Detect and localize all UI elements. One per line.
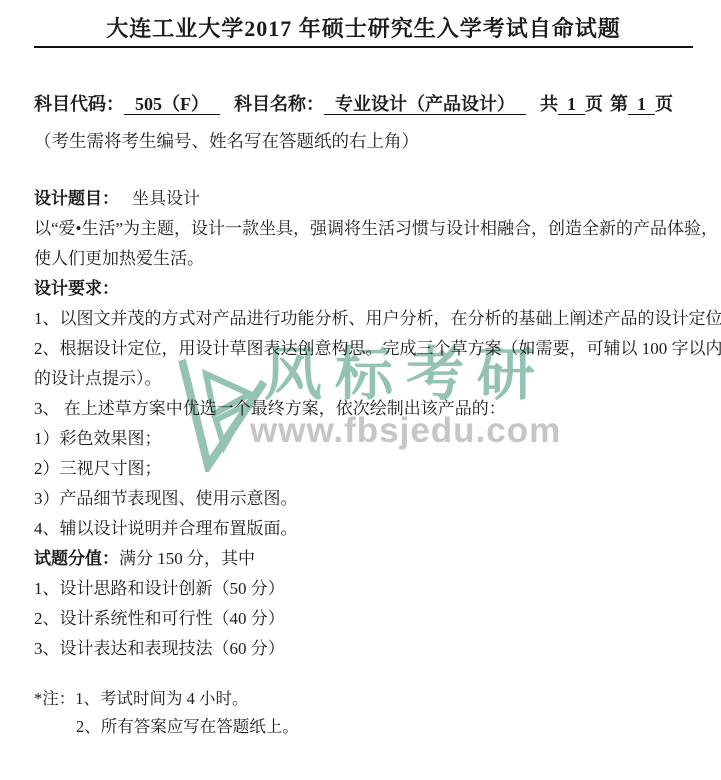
requirement-4: 4、辅以设计说明并合理布置版面。: [34, 514, 693, 544]
exam-paper-page: 风标考研 www.fbsjedu.com 大连工业大学2017 年硕士研究生入学…: [0, 0, 721, 780]
footnote-label: *注：: [34, 689, 75, 708]
requirement-3-sub-2: 2）三视尺寸图；: [34, 454, 693, 484]
requirement-1: 1、以图文并茂的方式对产品进行功能分析、用户分析，在分析的基础上阐述产品的设计定…: [34, 304, 693, 334]
page-title: 大连工业大学2017 年硕士研究生入学考试自命试题: [34, 14, 693, 44]
score-intro: 满分 150 分，其中: [119, 549, 255, 568]
footnote-line-2: 2、所有答案应写在答题纸上。: [34, 713, 693, 741]
score-line: 试题分值：满分 150 分，其中: [34, 544, 693, 574]
subject-info-line: 科目代码：505（F）科目名称：专业设计（产品设计）共1页第1页: [34, 92, 693, 117]
current-page-value: 1: [628, 94, 655, 115]
score-item-2: 2、设计系统性和可行性（40 分）: [34, 604, 693, 634]
intro-line-1: 以“爱•生活”为主题，设计一款坐具，强调将生活习惯与设计相融合，创造全新的产品体…: [34, 214, 693, 244]
candidate-instruction: （考生需将考生编号、姓名写在答题纸的右上角）: [34, 129, 693, 154]
document-content: 大连工业大学2017 年硕士研究生入学考试自命试题 科目代码：505（F）科目名…: [0, 14, 721, 741]
score-item-3: 3、设计表达和表现技法（60 分）: [34, 634, 693, 664]
requirement-2-line-2: 的设计点提示）。: [34, 364, 693, 394]
design-topic-label: 设计题目：: [34, 189, 119, 208]
intro-line-2: 使人们更加热爱生活。: [34, 244, 693, 274]
total-pages-value: 1: [558, 94, 585, 115]
requirements-label: 设计要求：: [34, 274, 693, 304]
footnote-line-1: *注：1、考试时间为 4 小时。: [34, 685, 693, 713]
score-item-1: 1、设计思路和设计创新（50 分）: [34, 574, 693, 604]
subject-name-value: 专业设计（产品设计）: [324, 94, 526, 115]
title-divider: [34, 46, 693, 48]
requirement-3-sub-3: 3）产品细节表现图、使用示意图。: [34, 484, 693, 514]
subject-code-value: 505（F）: [124, 94, 220, 115]
design-topic-text: 坐具设计: [132, 189, 200, 208]
exam-body: 设计题目：坐具设计 以“爱•生活”为主题，设计一款坐具，强调将生活习惯与设计相融…: [34, 184, 693, 664]
footnote: *注：1、考试时间为 4 小时。 2、所有答案应写在答题纸上。: [34, 685, 693, 741]
subject-name-label: 科目名称：: [234, 94, 324, 114]
requirement-2-line-1: 2、根据设计定位，用设计草图表达创意构思。完成三个草方案（如需要，可辅以 100…: [34, 334, 693, 364]
score-label: 试题分值：: [34, 549, 119, 568]
current-page-suffix: 页: [655, 94, 673, 114]
current-page-prefix: 第: [610, 94, 628, 114]
requirement-3: 3、 在上述草方案中优选一个最终方案，依次绘制出该产品的：: [34, 394, 693, 424]
footnote-text-1: 1、考试时间为 4 小时。: [75, 689, 248, 708]
design-topic-line: 设计题目：坐具设计: [34, 184, 693, 214]
requirement-3-sub-1: 1）彩色效果图；: [34, 424, 693, 454]
total-pages-suffix: 页: [585, 94, 603, 114]
subject-code-label: 科目代码：: [34, 94, 124, 114]
total-pages-prefix: 共: [540, 94, 558, 114]
